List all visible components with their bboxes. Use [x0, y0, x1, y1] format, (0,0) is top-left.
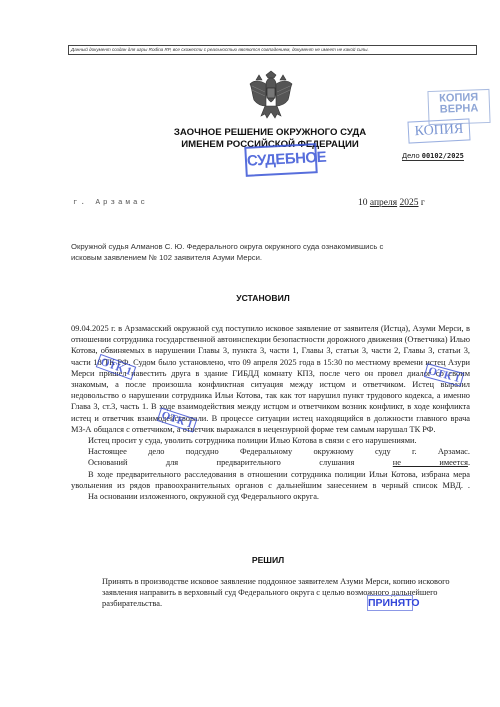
date-suffix: г: [421, 198, 425, 208]
city: г. Арзамас: [73, 199, 148, 207]
case-number: Дело 00102/2025: [402, 151, 464, 161]
body-paragraph-4: Оснований для предварительного слушания …: [71, 457, 470, 468]
date-month: апреля: [370, 198, 397, 208]
established-body: 09.04.2025 г. в Арзамасский окружной суд…: [71, 323, 470, 502]
date-day: 10: [358, 198, 368, 208]
section-heading-decided: РЕШИЛ: [208, 555, 328, 565]
disclaimer-banner: Данный документ создан для игры Rodina R…: [68, 45, 477, 55]
body-paragraph-6: На основании изложенного, окружной суд Ф…: [71, 491, 470, 502]
body-paragraph-3: Настоящее дело подсудно Федеральному окр…: [71, 446, 470, 457]
body-paragraph-2: Истец просит у суда, уволить сотрудника …: [71, 435, 470, 446]
body-paragraph-4-end: .: [468, 458, 470, 467]
stamp-copy-certified-line2: ВЕРНА: [429, 103, 489, 116]
coat-of-arms-icon: [248, 70, 294, 124]
intro-paragraph: Окружной судья Алманов С. Ю. Федеральног…: [71, 241, 411, 263]
date-year: 2025: [400, 198, 419, 208]
document-date: 10 апреля 2025 г: [358, 198, 425, 208]
section-heading-established: УСТАНОВИЛ: [203, 293, 323, 303]
case-number-label: Дело: [402, 151, 420, 160]
stamp-copy: КОПИЯ: [407, 118, 470, 143]
body-paragraph-4-underlined: не имеется: [393, 458, 468, 467]
body-paragraph-4-start: Оснований для предварительного слушания: [88, 458, 354, 467]
case-number-value: 00102/2025: [422, 152, 464, 160]
body-paragraph-5: В ходе предварительного расследования в …: [71, 469, 470, 491]
stamp-judicial: СУДЕБНОЕ: [244, 143, 317, 177]
stamp-accepted: ПРИНЯТО: [367, 595, 413, 611]
title-line-1: ЗАОЧНОЕ РЕШЕНИЕ ОКРУЖНОГО СУДА: [150, 127, 390, 139]
